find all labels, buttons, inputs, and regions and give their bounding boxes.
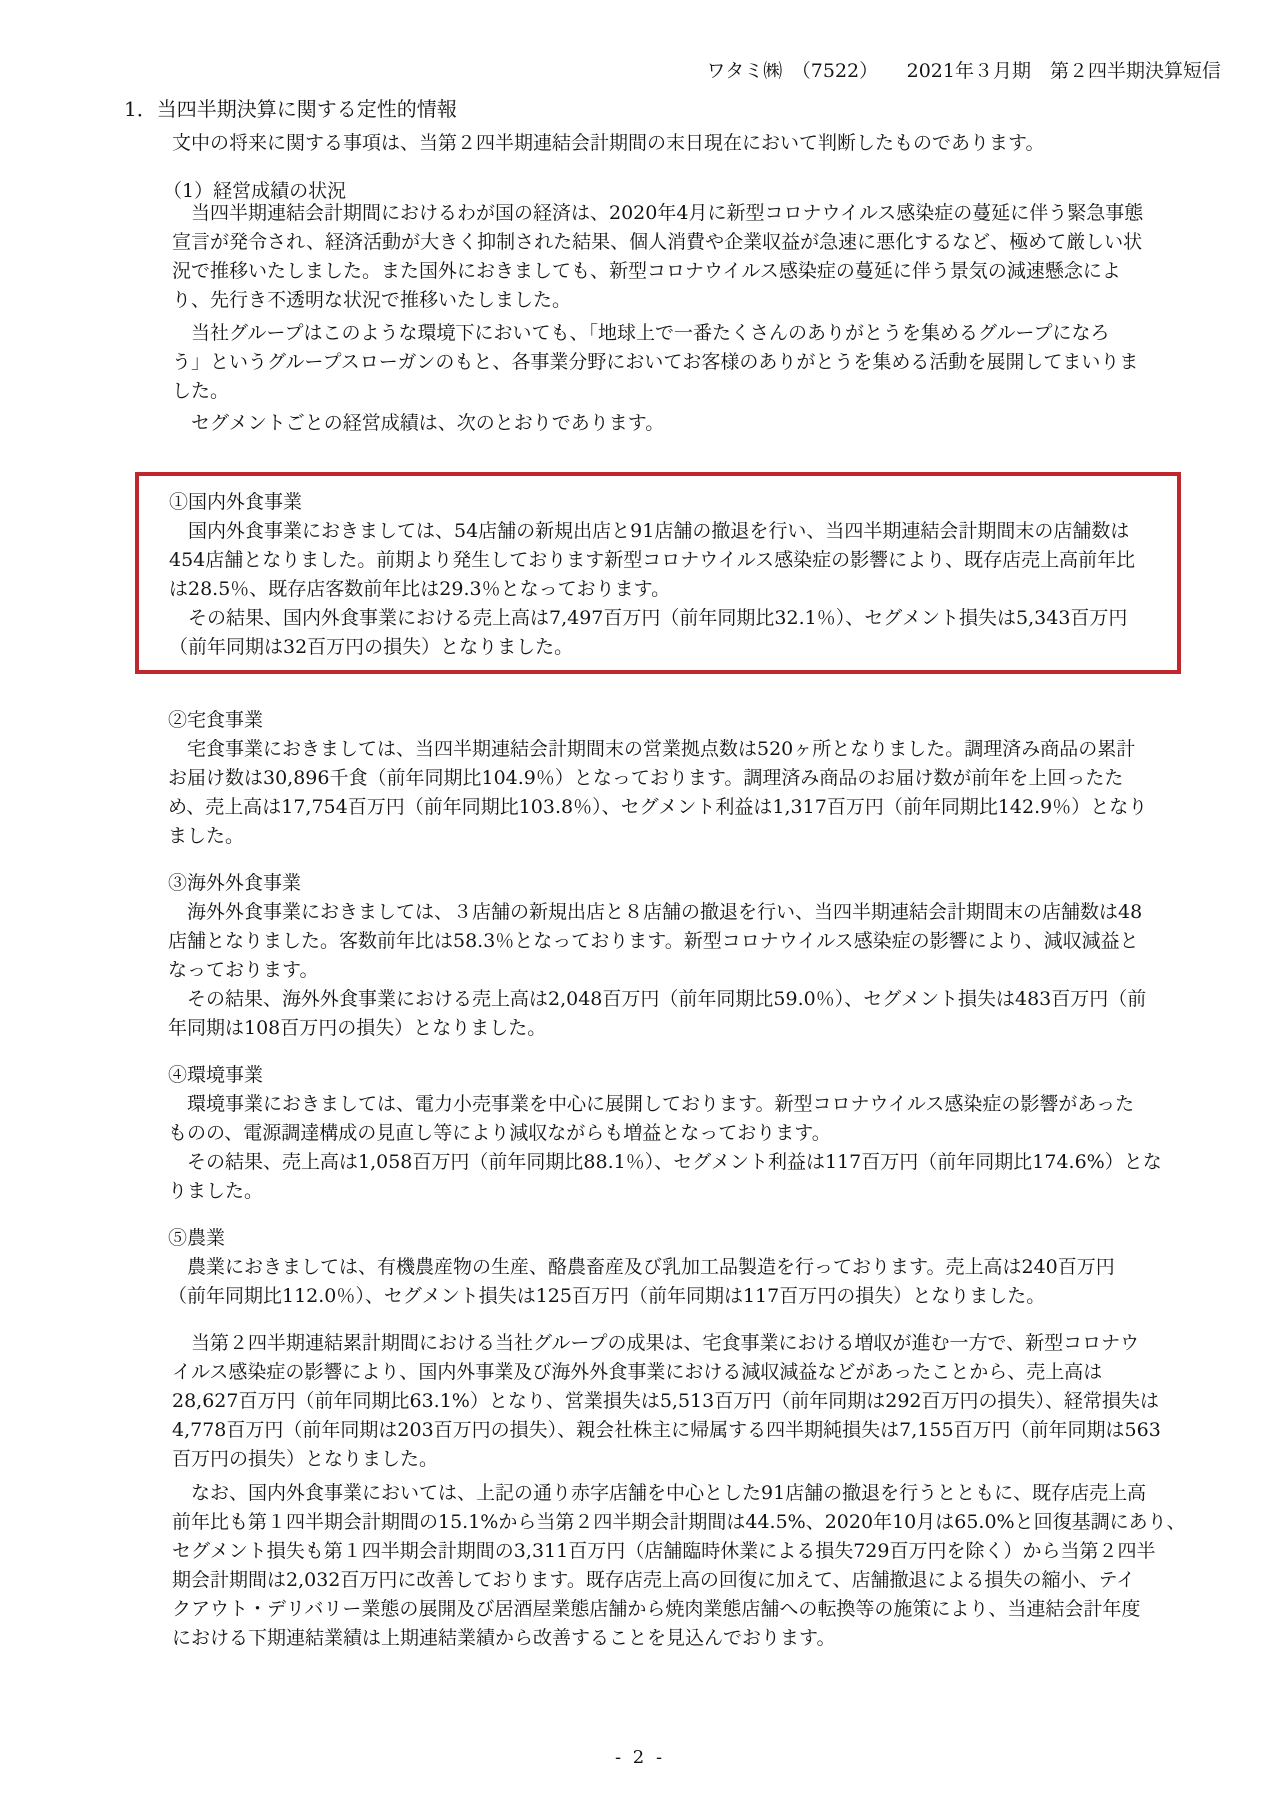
segment-agriculture-body: 農業におきましては、有機農産物の生産、酪農畜産及び乳加工品製造を行っております。… — [168, 1253, 1115, 1311]
segment-environment-title: ④環境事業 — [168, 1061, 1162, 1090]
segment-home-meal-delivery-body: 宅食事業におきましては、当四半期連結会計期間末の営業拠点数は520ヶ所となりまし… — [168, 735, 1147, 851]
segment-overseas-dining-title: ③海外外食事業 — [168, 869, 1146, 898]
segment-domestic-dining-title: ①国内外食事業 — [169, 488, 1157, 517]
consolidated-results-paragraph: 当第２四半期連結累計期間における当社グループの成果は、宅食事業における増収が進む… — [172, 1329, 1161, 1474]
segment-agriculture-title: ⑤農業 — [168, 1224, 1115, 1253]
segment-lead-in-paragraph: セグメントごとの経営成績は、次のとおりであります。 — [172, 409, 664, 438]
earnings-report-page: ワタミ㈱ （7522） 2021年３月期 第２四半期決算短信 1．当四半期決算に… — [0, 0, 1280, 1811]
segment-home-meal-delivery: ②宅食事業 宅食事業におきましては、当四半期連結会計期間末の営業拠点数は520ヶ… — [168, 706, 1147, 851]
economy-overview-paragraph: 当四半期連結会計期間におけるわが国の経済は、2020年4月に新型コロナウイルス感… — [172, 199, 1143, 315]
segment-agriculture: ⑤農業 農業におきましては、有機農産物の生産、酪農畜産及び乳加工品製造を行ってお… — [168, 1224, 1115, 1311]
segment-overseas-dining-body: 海外外食事業におきましては、３店舗の新規出店と８店舗の撤退を行い、当四半期連結会… — [168, 898, 1146, 1043]
section-1-heading: 1．当四半期決算に関する定性的情報 — [124, 95, 457, 124]
group-slogan-paragraph: 当社グループはこのような環境下においても、「地球上で一番たくさんのありがとうを集… — [172, 319, 1138, 406]
highlight-box: ①国内外食事業 国内外食事業におきましては、54店舗の新規出店と91店舗の撤退を… — [135, 472, 1181, 674]
segment-overseas-dining: ③海外外食事業 海外外食事業におきましては、３店舗の新規出店と８店舗の撤退を行い… — [168, 869, 1146, 1043]
forward-looking-note: 文中の将来に関する事項は、当第２四半期連結会計期間の末日現在において判断したもの… — [172, 129, 1044, 158]
document-header: ワタミ㈱ （7522） 2021年３月期 第２四半期決算短信 — [0, 57, 1221, 86]
segment-environment-body: 環境事業におきましては、電力小売事業を中心に展開しております。新型コロナウイルス… — [168, 1090, 1162, 1206]
segment-domestic-dining-body: 国内外食事業におきましては、54店舗の新規出店と91店舗の撤退を行い、当四半期連… — [169, 517, 1157, 662]
recovery-outlook-paragraph: なお、国内外食事業においては、上記の通り赤字店舗を中心とした91店舗の撤退を行う… — [172, 1479, 1186, 1653]
page-number: - 2 - — [0, 1743, 1280, 1772]
segment-environment: ④環境事業 環境事業におきましては、電力小売事業を中心に展開しております。新型コ… — [168, 1061, 1162, 1206]
segment-home-meal-delivery-title: ②宅食事業 — [168, 706, 1147, 735]
